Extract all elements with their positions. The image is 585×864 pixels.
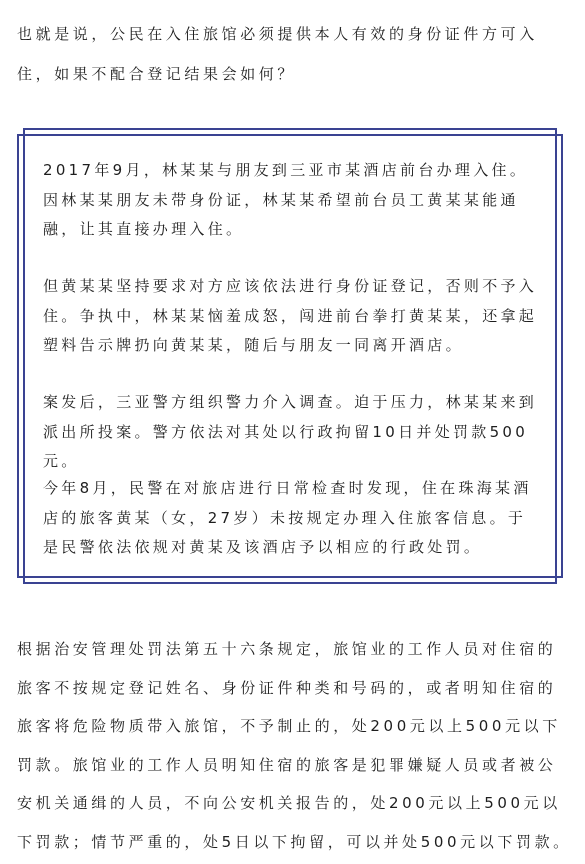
case-paragraph-police-penalty: 案发后，三亚警方组织警力介入调查。迫于压力，林某某来到派出所投案。警方依法对其处… [43,388,541,477]
intro-paragraph: 也就是说，公民在入住旅馆必须提供本人有效的身份证件方可入住，如果不配合登记结果会… [17,14,573,94]
case-paragraph-zhuhai-inspection: 今年8月，民警在对旅店进行日常检查时发现，住在珠海某酒店的旅客黄某（女，27岁）… [43,474,541,563]
case-paragraph-dispute: 但黄某某坚持要求对方应该依法进行身份证登记，否则不予入住。争执中，林某某恼羞成怒… [43,272,541,361]
law-paragraph: 根据治安管理处罚法第五十六条规定，旅馆业的工作人员对住宿的旅客不按规定登记姓名、… [17,630,573,861]
case-paragraph-sanya-checkin: 2017年9月，林某某与朋友到三亚市某酒店前台办理入住。因林某某朋友未带身份证，… [43,156,541,245]
